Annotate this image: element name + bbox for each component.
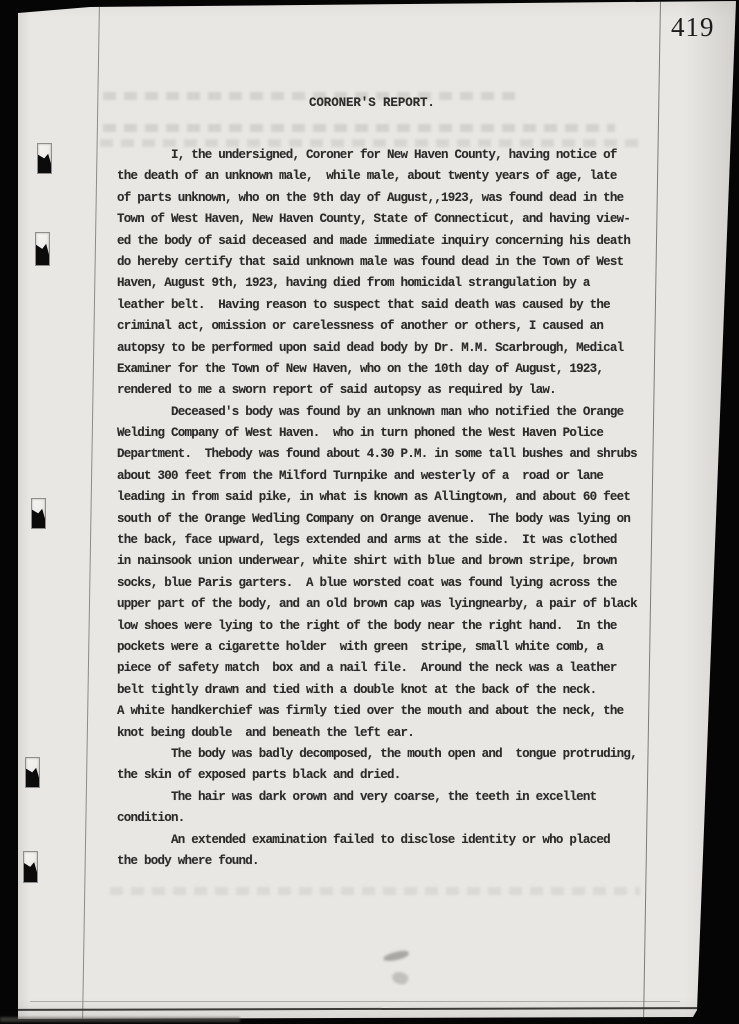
text-line: Examiner for the Town of New Haven, who … bbox=[117, 359, 637, 380]
text-line: belt tightly drawn and tied with a doubl… bbox=[117, 680, 637, 701]
text-line: pockets were a cigarette holder with gre… bbox=[117, 637, 637, 658]
binding-hole bbox=[35, 232, 50, 266]
ink-smudge bbox=[390, 970, 409, 987]
bleed-through-smudge bbox=[110, 887, 640, 895]
text-line: of parts unknown, who on the 9th day of … bbox=[117, 188, 637, 209]
text-line: about 300 feet from the Milford Turnpike… bbox=[117, 466, 637, 487]
binding-hole bbox=[23, 851, 38, 883]
binding-hole bbox=[25, 757, 40, 788]
text-line: Deceased's body was found by an unknown … bbox=[117, 402, 637, 423]
text-line: low shoes were lying to the right of the… bbox=[117, 616, 637, 637]
text-line: piece of safety match box and a nail fil… bbox=[117, 658, 637, 679]
binding-hole bbox=[37, 143, 52, 174]
text-line: ed the body of said deceased and made im… bbox=[117, 231, 637, 252]
text-line: condition. bbox=[117, 808, 637, 829]
document-title: CORONER'S REPORT. bbox=[309, 96, 435, 110]
document-body-text: I, the undersigned, Coroner for New Have… bbox=[117, 145, 637, 872]
text-line: the skin of exposed parts black and drie… bbox=[117, 765, 637, 786]
text-line: Town of West Haven, New Haven County, St… bbox=[117, 209, 637, 230]
text-line: Haven, August 9th, 1923, having died fro… bbox=[117, 273, 637, 294]
text-line: in nainsook union underwear, white shirt… bbox=[117, 551, 637, 572]
text-line: rendered to me a sworn report of said au… bbox=[117, 380, 637, 401]
text-line: A white handkerchief was firmly tied ove… bbox=[117, 701, 637, 722]
page-number: 419 bbox=[671, 12, 715, 43]
text-line: knot being double and beneath the left e… bbox=[117, 723, 637, 744]
text-line: leather belt. Having reason to suspect t… bbox=[117, 295, 637, 316]
text-line: south of the Orange Wedling Company on O… bbox=[117, 509, 637, 530]
text-line: the body where found. bbox=[117, 851, 637, 872]
text-line: autopsy to be performed upon said dead b… bbox=[117, 338, 637, 359]
text-line: Department. Thebody was found about 4.30… bbox=[117, 444, 637, 465]
page-bottom-edge-soft bbox=[30, 1001, 680, 1002]
text-line: do hereby certify that said unknown male… bbox=[117, 252, 637, 273]
text-line: I, the undersigned, Coroner for New Have… bbox=[117, 145, 637, 166]
text-line: the death of an unknown male, while male… bbox=[117, 166, 637, 187]
text-line: criminal act, omission or carelessness o… bbox=[117, 316, 637, 337]
page-bottom-sliver bbox=[0, 1017, 240, 1022]
text-line: the back, face upward, legs extended and… bbox=[117, 530, 637, 551]
text-line: Welding Company of West Haven. who in tu… bbox=[117, 423, 637, 444]
bleed-through-smudge bbox=[103, 124, 615, 132]
text-line: upper part of the body, and an old brown… bbox=[117, 594, 637, 615]
page-fold-line-right bbox=[643, 0, 661, 1020]
page-fold-line-left bbox=[82, 0, 100, 1020]
text-line: The body was badly decomposed, the mouth… bbox=[117, 744, 637, 765]
text-line: socks, blue Paris garters. A blue worste… bbox=[117, 573, 637, 594]
page-bottom-edge bbox=[18, 1007, 698, 1011]
document-page: 419 CORONER'S REPORT. I, the undersigned… bbox=[0, 0, 739, 1024]
ink-smudge bbox=[382, 949, 409, 962]
text-line: The hair was dark orown and very coarse,… bbox=[117, 787, 637, 808]
scanned-document-canvas: 419 CORONER'S REPORT. I, the undersigned… bbox=[0, 0, 739, 1024]
text-line: leading in from said pike, in what is kn… bbox=[117, 487, 637, 508]
text-line: An extended examination failed to disclo… bbox=[117, 830, 637, 851]
binding-hole bbox=[31, 498, 46, 529]
